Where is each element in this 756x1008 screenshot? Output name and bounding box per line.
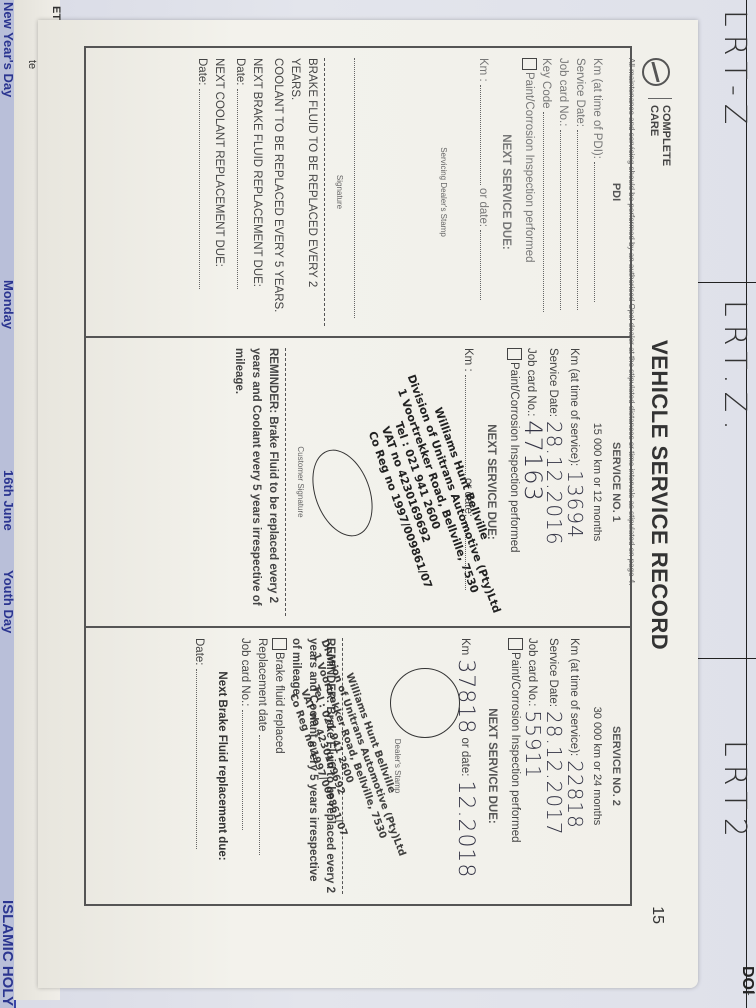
field-label: Job card No.: <box>557 58 569 126</box>
service-1-job-card-field[interactable]: Job card No.:47163 <box>522 348 544 616</box>
brand-line-1: COMPLETE <box>660 105 672 166</box>
field-label: Paint/Corrosion Inspection performed <box>509 652 521 843</box>
field-label: Key Code <box>540 58 552 109</box>
pdi-stamp-caption: Servicing Dealer's Stamp <box>435 58 452 326</box>
service-2-next-brake-date-field[interactable]: Date: <box>190 638 207 894</box>
service-2-km-field[interactable]: Km (at time of service):22818 <box>565 638 586 894</box>
service-2-date-field[interactable]: Service Date:28.12.2017 <box>544 638 565 894</box>
service-2-date-value: 28.12.2017 <box>544 711 565 836</box>
service-2-job-card-2-field[interactable]: Job card No.: <box>236 638 253 894</box>
pdi-signature-caption: Signature <box>331 58 348 326</box>
service-1-paint-inspection-checkbox[interactable]: Paint/Corrosion Inspection performed <box>505 348 522 616</box>
brake-fluid-notice: BRAKE FLUID TO BE REPLACED EVERY 2 YEARS… <box>286 58 320 326</box>
calendar-grid-line <box>746 0 747 1008</box>
entry-line <box>480 85 490 185</box>
pdi-service-date-field[interactable]: Service Date: <box>571 58 588 326</box>
entry-line <box>354 58 364 318</box>
field-label: Paint/Corrosion Inspection performed <box>508 362 520 553</box>
divider <box>324 58 325 326</box>
field-label: Job card No.: <box>525 348 537 416</box>
service-1-date-field[interactable]: Service Date:28.12.2016 <box>544 348 565 616</box>
service-2-next-service-field[interactable]: Km37818 or date:12.2018 <box>456 638 477 894</box>
service-2-interval: 30 000 km or 24 months <box>588 638 605 894</box>
field-label: Date: <box>234 58 246 86</box>
dealer-stamp-scribble <box>390 668 460 738</box>
entry-line <box>259 735 269 855</box>
service-2-km-value: 22818 <box>565 760 586 829</box>
service-grid: PDI Km (at time of PDI): Service Date: J… <box>84 46 632 906</box>
service-2-heading: SERVICE NO. 2 <box>607 638 624 894</box>
entry-line <box>199 89 209 289</box>
pdi-next-service-field[interactable]: Km : or date: <box>474 58 491 326</box>
checkbox-icon[interactable] <box>508 638 523 650</box>
brand-label: COMPLETE CARE <box>648 98 672 166</box>
entry-line <box>594 162 604 302</box>
field-label: Km (at time of service): <box>568 638 580 756</box>
opel-logo-icon <box>642 58 670 86</box>
entry-line <box>560 130 570 310</box>
handwritten-note: LRT-Z <box>717 10 752 132</box>
next-coolant-label: NEXT COOLANT REPLACEMENT DUE: <box>210 58 227 326</box>
divider <box>285 348 286 616</box>
service-2-next-service-heading: NEXT SERVICE DUE: <box>483 638 500 894</box>
entry-line <box>242 710 252 830</box>
service-2-job-card-value: 55911 <box>523 710 544 779</box>
field-label: Job card No.: <box>239 638 251 706</box>
service-1-reminder: REMINDER: Brake Fluid to be replaced eve… <box>230 348 281 616</box>
pdi-heading: PDI <box>607 58 624 326</box>
pdi-column: PDI Km (at time of PDI): Service Date: J… <box>86 48 630 338</box>
entry-line <box>465 375 475 475</box>
brand-line-2: CARE <box>648 105 660 166</box>
page-title: VEHICLE SERVICE RECORD <box>646 340 672 650</box>
coolant-notice: COOLANT TO BE REPLACED EVERY 5 YEARS. <box>269 58 286 326</box>
field-label: Replacement date <box>256 638 268 731</box>
field-label: Date: <box>193 638 205 666</box>
service-2-next-brake-label: Next Brake Fluid replacement due: <box>213 638 230 894</box>
service-2-column: SERVICE NO. 2 30 000 km or 24 months Km … <box>86 628 630 904</box>
entry-line <box>480 230 490 300</box>
service-1-km-field[interactable]: Km (at time of service):13694 <box>565 348 586 616</box>
calendar-number: 1 <box>745 990 756 996</box>
field-label: Km : <box>462 348 474 372</box>
page-number: 15 <box>648 906 666 924</box>
service-1-heading: SERVICE NO. 1 <box>607 348 624 616</box>
checkbox-icon[interactable] <box>272 638 287 650</box>
field-label: Km <box>459 638 471 655</box>
service-1-customer-signature-caption: Customer Signature <box>292 348 309 616</box>
pdi-km-field[interactable]: Km (at time of PDI): <box>588 58 605 326</box>
service-2-job-card-field[interactable]: Job card No.:55911 <box>523 638 544 894</box>
next-coolant-date-field[interactable]: Date: <box>193 58 210 326</box>
field-label: or date: <box>459 737 471 776</box>
entry-line <box>196 669 206 849</box>
service-1-date-value: 28.12.2016 <box>544 421 565 546</box>
next-brake-label: NEXT BRAKE FLUID REPLACEMENT DUE: <box>248 58 265 326</box>
service-1-km-value: 13694 <box>565 470 586 539</box>
calendar-grid-line <box>698 282 756 283</box>
next-brake-date-field[interactable]: Date: <box>231 58 248 326</box>
field-label: Km : <box>477 58 489 82</box>
pdi-next-service-heading: NEXT SERVICE DUE: <box>497 58 514 326</box>
entry-line <box>543 112 553 312</box>
field-label: Km (at time of service): <box>568 348 580 466</box>
handwritten-note: LRT.Z. <box>717 300 752 438</box>
service-1-interval: 15 000 km or 12 months <box>588 348 605 616</box>
previous-page-text: te <box>26 60 38 69</box>
pdi-key-code-field[interactable]: Key Code <box>537 58 554 326</box>
field-label: Date: <box>196 58 208 86</box>
field-label: Service Date: <box>547 638 559 707</box>
field-label: Paint/Corrosion Inspection performed <box>523 72 535 263</box>
handwritten-note: LRT2 <box>717 740 752 845</box>
entry-line <box>237 89 247 289</box>
field-label: Service Date: <box>547 348 559 417</box>
pdi-paint-inspection-checkbox[interactable]: Paint/Corrosion Inspection performed <box>520 58 537 326</box>
pdi-job-card-field[interactable]: Job card No.: <box>554 58 571 326</box>
checkbox-icon[interactable] <box>522 58 537 70</box>
service-2-paint-inspection-checkbox[interactable]: Paint/Corrosion Inspection performed <box>506 638 523 894</box>
calendar-grid-line <box>698 658 756 659</box>
checkbox-icon[interactable] <box>507 348 522 360</box>
service-1-column: SERVICE NO. 1 15 000 km or 12 months Km … <box>86 338 630 628</box>
service-2-next-date-value: 12.2018 <box>456 780 477 878</box>
field-label: Service Date: <box>574 58 586 127</box>
entry-line <box>577 130 587 310</box>
service-1-job-card-value: 47163 <box>522 420 544 501</box>
service-booklet-page: COMPLETE CARE VEHICLE SERVICE RECORD 15 … <box>38 20 698 988</box>
service-2-replacement-date-field[interactable]: Replacement date <box>253 638 270 894</box>
pdi-signature-line[interactable] <box>348 58 365 326</box>
vehicle-service-record: COMPLETE CARE VEHICLE SERVICE RECORD 15 … <box>58 20 698 950</box>
field-label: or date: <box>477 188 489 227</box>
field-label: Km (at time of PDI): <box>591 58 603 159</box>
field-label: Job card No.: <box>526 638 538 706</box>
